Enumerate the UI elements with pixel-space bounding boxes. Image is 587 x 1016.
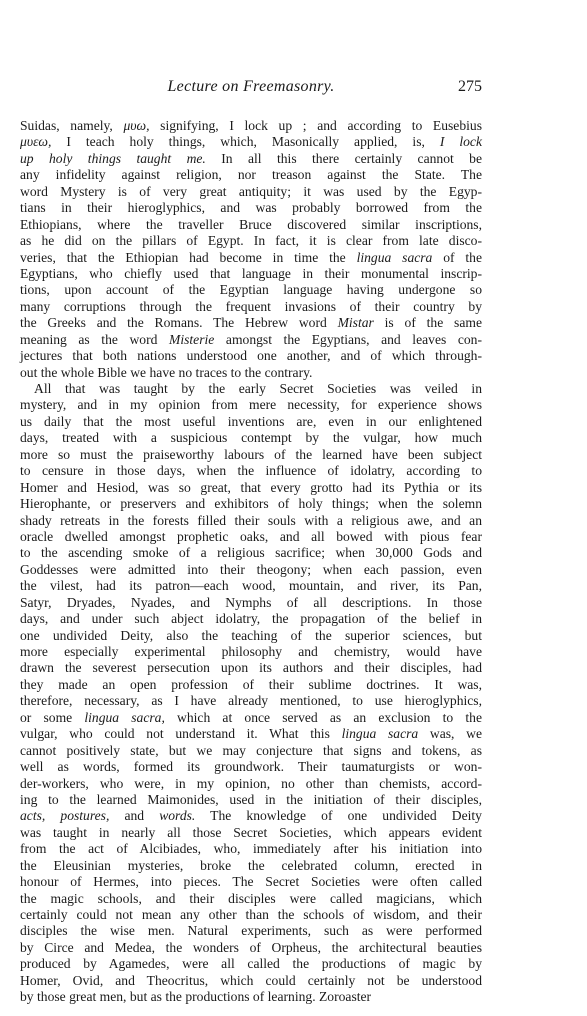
text-line: therefore, necessary, as I have already … [20, 693, 482, 709]
text-segment: I teach holy things, which, Masonically … [51, 134, 439, 149]
italic-text: Misterie [169, 332, 214, 347]
running-head: Lecture on Freemasonry. 275 [20, 78, 482, 100]
text-line: vulgar, who could not understand it. Wha… [20, 726, 482, 742]
text-segment: days, and under such abject idolatry, th… [20, 611, 482, 626]
text-segment: the vilest, had its patron—each wood, mo… [20, 578, 482, 593]
text-segment: ing to the learned Maimonides, used in t… [20, 792, 482, 807]
text-line: disciples the wise men. Natural experime… [20, 923, 482, 939]
text-segment: Ethiopians, where the traveller Bruce di… [20, 217, 482, 232]
text-line: the Eleusinian mysteries, broke the cele… [20, 858, 482, 874]
text-segment: signifying, I lock up ; and according to… [150, 118, 482, 133]
italic-text: μυω, [123, 118, 149, 133]
italic-text: lingua sacra [342, 726, 419, 741]
text-segment: to censure in those days, when the influ… [20, 463, 482, 478]
text-line: out the whole Bible we have no traces to… [20, 365, 482, 381]
text-line: tions, upon account of the Egyptian lang… [20, 282, 482, 298]
text-segment: was taught in nearly all those Secret So… [20, 825, 482, 840]
text-line: Goddesses were admitted into their theog… [20, 562, 482, 578]
text-segment: to the ascending smoke of a religious sa… [20, 545, 482, 560]
text-segment: many corruptions through the frequent in… [20, 299, 482, 314]
text-segment: the magic schools, and their disciples w… [20, 891, 482, 906]
text-segment: out the whole Bible we have no traces to… [20, 365, 312, 380]
text-line: from the act of Alcibiades, who, immedia… [20, 841, 482, 857]
text-line: by those great men, but as the productio… [20, 989, 482, 1005]
text-segment: veries, that the Ethiopian had become in… [20, 250, 357, 265]
text-line: der-workers, who were, in my opinion, no… [20, 776, 482, 792]
text-segment: All that was taught by the early Secret … [34, 381, 482, 396]
paragraph: All that was taught by the early Secret … [20, 381, 482, 1006]
text-segment: jectures that both nations understood on… [20, 348, 482, 363]
text-line: was taught in nearly all those Secret So… [20, 825, 482, 841]
book-page: Lecture on Freemasonry. 275 Suidas, name… [20, 78, 482, 1006]
text-segment: which at once served as an exclusion to … [165, 710, 482, 725]
text-line: the magic schools, and their disciples w… [20, 891, 482, 907]
text-line: Homer, Ovid, and Theocritus, which could… [20, 973, 482, 989]
text-line: the Greeks and the Romans. The Hebrew wo… [20, 315, 482, 331]
italic-text: lingua sacra, [84, 710, 165, 725]
text-segment: as he did on the pillars of Egypt. In fa… [20, 233, 482, 248]
italic-text: words. [159, 808, 195, 823]
text-line: to censure in those days, when the influ… [20, 463, 482, 479]
text-segment: mystery, and in my opinion from mere nec… [20, 397, 482, 412]
text-segment: In all this there certainly cannot be [206, 151, 482, 166]
text-segment: Homer and Hesiod, was so great, that eve… [20, 480, 482, 495]
text-line: shady retreats in the forests filled the… [20, 513, 482, 529]
italic-text: I lock [440, 134, 482, 149]
text-line: tians in their hieroglyphics, and was pr… [20, 200, 482, 216]
text-segment: produced by Agamedes, were all called th… [20, 956, 482, 971]
text-segment: shady retreats in the forests filled the… [20, 513, 482, 528]
text-line: or some lingua sacra, which at once serv… [20, 710, 482, 726]
text-segment: one undivided Deity, also the teaching o… [20, 628, 482, 643]
text-segment: the Greeks and the Romans. The Hebrew wo… [20, 315, 338, 330]
text-line: certainly could not mean any other than … [20, 907, 482, 923]
text-segment: vulgar, who could not understand it. Wha… [20, 726, 342, 741]
text-line: produced by Agamedes, were all called th… [20, 956, 482, 972]
text-segment: certainly could not mean any other than … [20, 907, 482, 922]
text-line: Ethiopians, where the traveller Bruce di… [20, 217, 482, 233]
text-segment: der-workers, who were, in my opinion, no… [20, 776, 482, 791]
page-number: 275 [458, 78, 482, 96]
text-line: Satyr, Dryades, Nyades, and Nymphs of al… [20, 595, 482, 611]
text-segment: amongst the Egyptians, and leaves con- [214, 332, 482, 347]
text-segment: by Circe and Medea, the wonders of Orphe… [20, 940, 482, 955]
text-line: more especially experimental philosophy … [20, 644, 482, 660]
italic-text: Mistar [338, 315, 374, 330]
text-line: to the ascending smoke of a religious sa… [20, 545, 482, 561]
text-line: more so must the praiseworthy labours of… [20, 447, 482, 463]
italic-text: lingua sacra [357, 250, 433, 265]
text-segment: Hierophante, or preservers and exhibitor… [20, 496, 482, 511]
text-line: days, treated with a suspicious contempt… [20, 430, 482, 446]
text-line: up holy things taught me. In all this th… [20, 151, 482, 167]
text-line: the vilest, had its patron—each wood, mo… [20, 578, 482, 594]
text-line: drawn the severest persecution upon its … [20, 660, 482, 676]
text-segment: drawn the severest persecution upon its … [20, 660, 482, 675]
text-segment: Homer, Ovid, and Theocritus, which could… [20, 973, 482, 988]
text-line: Homer and Hesiod, was so great, that eve… [20, 480, 482, 496]
text-line: Hierophante, or preservers and exhibitor… [20, 496, 482, 512]
text-line: well as words, formed its groundwork. Th… [20, 759, 482, 775]
text-segment: from the act of Alcibiades, who, immedia… [20, 841, 482, 856]
text-segment: any infidelity against religion, nor tre… [20, 167, 482, 182]
text-segment: tions, upon account of the Egyptian lang… [20, 282, 482, 297]
text-line: jectures that both nations understood on… [20, 348, 482, 364]
text-line: Egyptians, who chiefly used that languag… [20, 266, 482, 282]
text-line: All that was taught by the early Secret … [20, 381, 482, 397]
text-line: us daily that the most useful inventions… [20, 414, 482, 430]
text-segment: or some [20, 710, 84, 725]
text-line: ing to the learned Maimonides, used in t… [20, 792, 482, 808]
text-segment: Satyr, Dryades, Nyades, and Nymphs of al… [20, 595, 482, 610]
text-segment: Suidas, namely, [20, 118, 123, 133]
text-segment: disciples the wise men. Natural experime… [20, 923, 482, 938]
text-line: mystery, and in my opinion from mere nec… [20, 397, 482, 413]
text-segment: and [109, 808, 159, 823]
text-segment: they made an open profession of their su… [20, 677, 482, 692]
text-segment: Goddesses were admitted into their theog… [20, 562, 482, 577]
text-segment: Egyptians, who chiefly used that languag… [20, 266, 482, 281]
text-segment: the Eleusinian mysteries, broke the cele… [20, 858, 482, 873]
text-line: μυεω, I teach holy things, which, Masoni… [20, 134, 482, 150]
text-segment: more so must the praiseworthy labours of… [20, 447, 482, 462]
text-segment: therefore, necessary, as I have already … [20, 693, 482, 708]
text-line: veries, that the Ethiopian had become in… [20, 250, 482, 266]
text-segment: well as words, formed its groundwork. Th… [20, 759, 482, 774]
text-segment: days, treated with a suspicious contempt… [20, 430, 482, 445]
text-line: acts, postures, and words. The knowledge… [20, 808, 482, 824]
text-segment: word Mystery is of very great antiquity;… [20, 184, 482, 199]
running-title: Lecture on Freemasonry. [20, 78, 482, 96]
text-line: as he did on the pillars of Egypt. In fa… [20, 233, 482, 249]
text-segment: is of the same [374, 315, 482, 330]
italic-text: up holy things taught me. [20, 151, 206, 166]
text-line: oracle dwelled amongst prophetic oaks, a… [20, 529, 482, 545]
text-segment: honour of Hermes, into pieces. The Secre… [20, 874, 482, 889]
paragraph: Suidas, namely, μυω, signifying, I lock … [20, 118, 482, 381]
text-segment: cannot positively state, but we may conj… [20, 743, 482, 758]
text-line: by Circe and Medea, the wonders of Orphe… [20, 940, 482, 956]
text-line: meaning as the word Misterie amongst the… [20, 332, 482, 348]
text-line: honour of Hermes, into pieces. The Secre… [20, 874, 482, 890]
text-line: any infidelity against religion, nor tre… [20, 167, 482, 183]
italic-text: acts, postures, [20, 808, 109, 823]
text-line: many corruptions through the frequent in… [20, 299, 482, 315]
text-line: they made an open profession of their su… [20, 677, 482, 693]
text-segment: us daily that the most useful inventions… [20, 414, 482, 429]
text-segment: oracle dwelled amongst prophetic oaks, a… [20, 529, 482, 544]
italic-text: μυεω, [20, 134, 51, 149]
text-segment: by those great men, but as the productio… [20, 989, 371, 1004]
text-segment: tians in their hieroglyphics, and was pr… [20, 200, 482, 215]
text-segment: was, we [418, 726, 482, 741]
text-line: Suidas, namely, μυω, signifying, I lock … [20, 118, 482, 134]
text-segment: more especially experimental philosophy … [20, 644, 482, 659]
text-line: days, and under such abject idolatry, th… [20, 611, 482, 627]
text-segment: meaning as the word [20, 332, 169, 347]
text-line: word Mystery is of very great antiquity;… [20, 184, 482, 200]
text-segment: The knowledge of one undivided Deity [195, 808, 482, 823]
text-line: one undivided Deity, also the teaching o… [20, 628, 482, 644]
text-segment: of the [432, 250, 482, 265]
body-text: Suidas, namely, μυω, signifying, I lock … [20, 118, 482, 1006]
text-line: cannot positively state, but we may conj… [20, 743, 482, 759]
